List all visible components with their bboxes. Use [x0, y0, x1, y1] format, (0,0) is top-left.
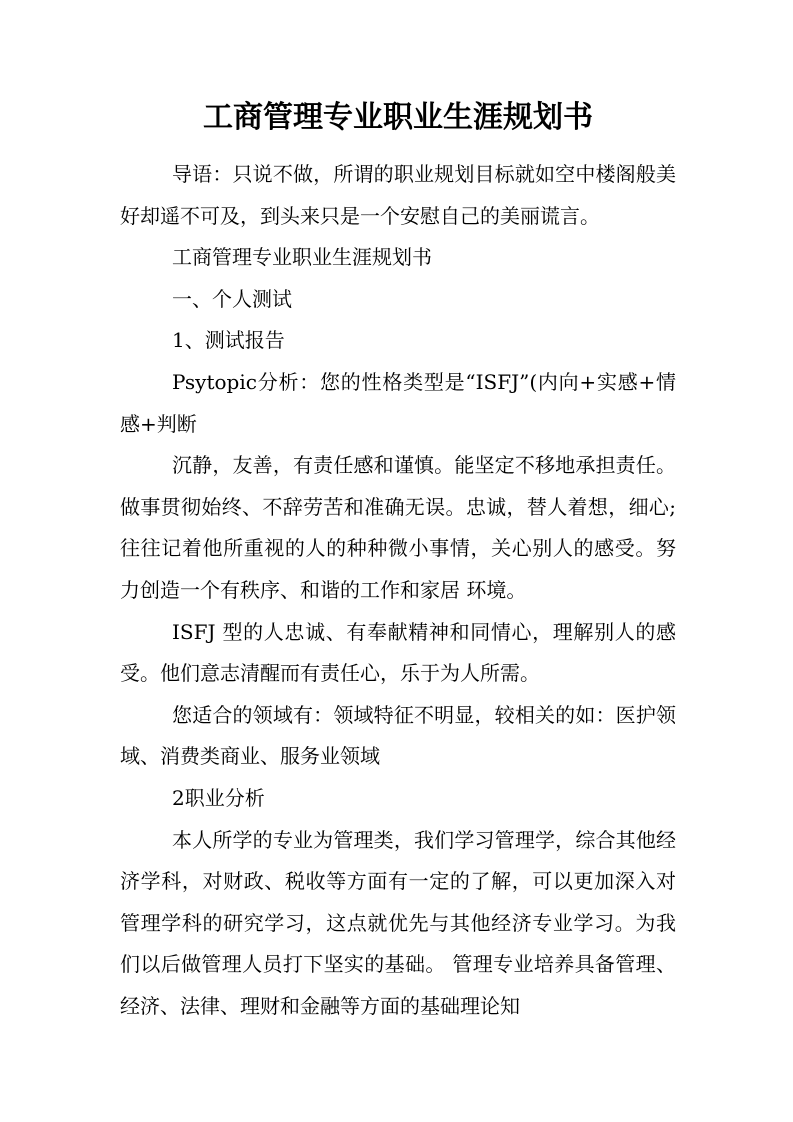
intro-paragraph: 导语：只说不做，所谓的职业规划目标就如空中楼阁般美好却遥不可及，到头来只是一个安… [120, 154, 676, 237]
career-analysis-paragraph: 本人所学的专业为管理类，我们学习管理学，综合其他经济学科，对财政、税收等方面有一… [120, 820, 676, 1028]
isfj-description-paragraph: ISFJ 型的人忠诚、有奉献精神和同情心，理解别人的感受。他们意志清醒而有责任心… [120, 612, 676, 695]
subsection-heading-career-analysis: 2职业分析 [120, 778, 676, 820]
suitable-fields-paragraph: 您适合的领域有：领域特征不明显，较相关的如：医护领域、消费类商业、服务业领域 [120, 695, 676, 778]
psytopic-analysis-paragraph: Psytopic分析：您的性格类型是“ISFJ”(内向+实感+情感+判断 [120, 362, 676, 445]
section-heading-personal-test: 一、个人测试 [120, 279, 676, 321]
document-page: 工商管理专业职业生涯规划书 导语：只说不做，所谓的职业规划目标就如空中楼阁般美好… [120, 96, 676, 1027]
personality-description-paragraph: 沉静，友善，有责任感和谨慎。能坚定不移地承担责任。做事贯彻始终、不辞劳苦和准确无… [120, 445, 676, 611]
document-title: 工商管理专业职业生涯规划书 [120, 96, 676, 140]
subsection-heading-test-report: 1、测试报告 [120, 320, 676, 362]
subtitle-paragraph: 工商管理专业职业生涯规划书 [120, 237, 676, 279]
